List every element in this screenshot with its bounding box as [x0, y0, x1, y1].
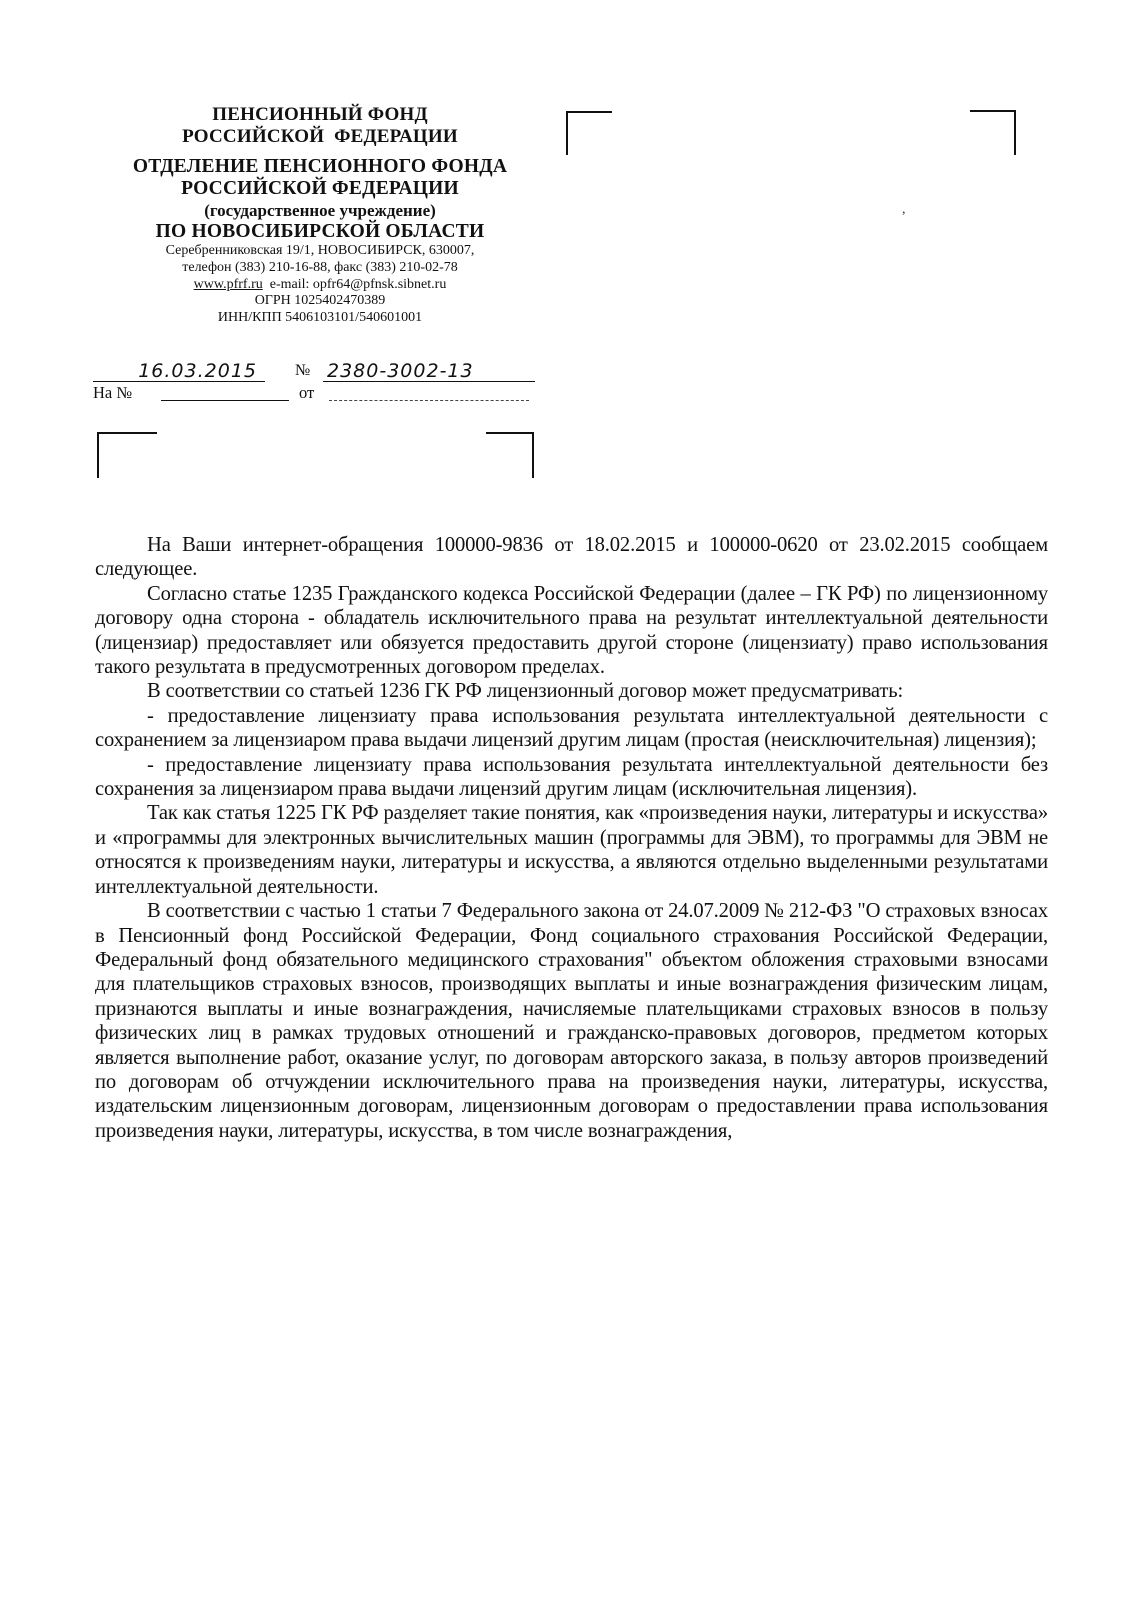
reference-date-blank [329, 400, 529, 401]
letter-body: На Ваши интернет-обращения 100000-9836 о… [95, 533, 1048, 1143]
contacts: www.pfrf.ru e-mail: opfr64@pfnsk.sibnet.… [100, 277, 540, 294]
reference-number-blank [161, 400, 289, 401]
phones: телефон (383) 210-16-88, факс (383) 210-… [100, 260, 540, 277]
stray-mark: , [902, 202, 906, 218]
letterhead: ПЕНСИОННЫЙ ФОНД РОССИЙСКОЙ ФЕДЕРАЦИИ ОТД… [100, 104, 540, 327]
reference-row: На № от [93, 383, 538, 405]
paragraph-simple-license: - предоставление лицензиату права исполь… [95, 704, 1048, 753]
letter-page: ПЕНСИОННЫЙ ФОНД РОССИЙСКОЙ ФЕДЕРАЦИИ ОТД… [0, 0, 1131, 1600]
email: e-mail: opfr64@pfnsk.sibnet.ru [270, 277, 447, 292]
paragraph-article-1236: В соответствии со статьей 1236 ГК РФ лиц… [95, 679, 1048, 703]
branch-name-line2: РОССИЙСКОЙ ФЕДЕРАЦИИ [100, 178, 540, 200]
reference-from-label: от [299, 383, 314, 403]
paragraph-article-1225: Так как статья 1225 ГК РФ разделяет таки… [95, 801, 1048, 899]
registration-date: 16.03.2015 [93, 360, 265, 382]
branch-name-line4: ПО НОВОСИБИРСКОЙ ОБЛАСТИ [100, 221, 540, 243]
registration-number: 2380-3002-13 [323, 360, 535, 382]
org-name-line1: ПЕНСИОННЫЙ ФОНД [100, 104, 540, 126]
subject-corner-top-left [97, 432, 157, 478]
org-name-line2: РОССИЙСКОЙ ФЕДЕРАЦИИ [100, 126, 540, 148]
paragraph-law-212: В соответствии с частью 1 статьи 7 Федер… [95, 899, 1048, 1143]
branch-name-line3: (государственное учреждение) [100, 200, 540, 221]
recipient-corner-top-right [970, 110, 1016, 155]
paragraph-intro: На Ваши интернет-обращения 100000-9836 о… [95, 533, 1048, 582]
branch-name-line1: ОТДЕЛЕНИЕ ПЕНСИОННОГО ФОНДА [100, 156, 540, 178]
registration-number-label: № [295, 362, 310, 380]
website-link[interactable]: www.pfrf.ru [194, 277, 263, 292]
inn-kpp: ИНН/КПП 5406103101/540601001 [100, 310, 540, 327]
address: Серебренниковская 19/1, НОВОСИБИРСК, 630… [100, 243, 540, 260]
ogrn: ОГРН 1025402470389 [100, 293, 540, 310]
recipient-corner-top-left [566, 111, 612, 155]
reference-label: На № [93, 383, 132, 403]
subject-corner-top-right [486, 432, 534, 478]
paragraph-article-1235: Согласно статье 1235 Гражданского кодекс… [95, 582, 1048, 680]
paragraph-exclusive-license: - предоставление лицензиату права исполь… [95, 753, 1048, 802]
registration-row: 16.03.2015 № 2380-3002-13 [93, 360, 538, 384]
